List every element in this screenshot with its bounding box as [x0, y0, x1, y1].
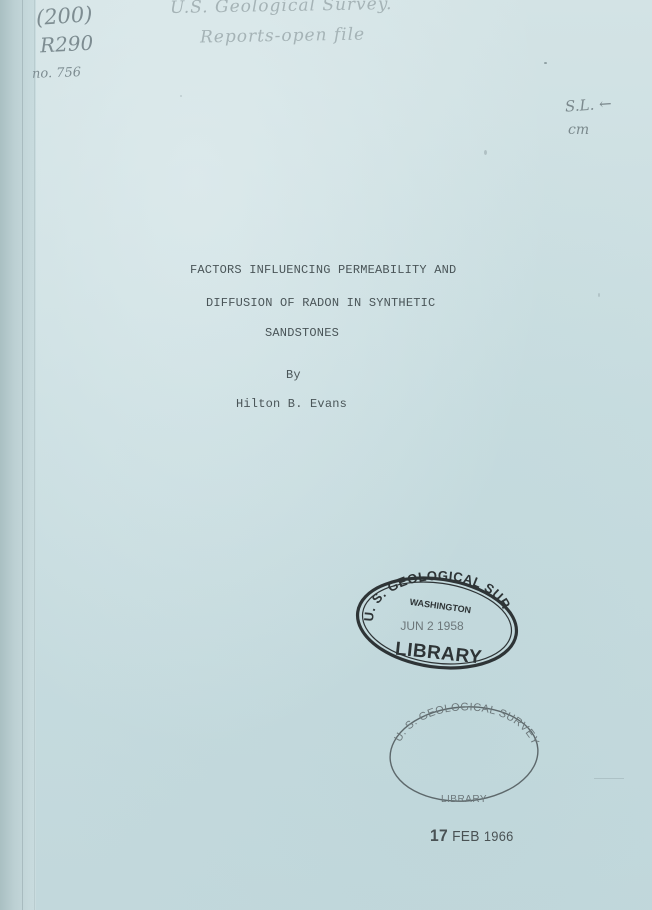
title-line-1: FACTORS INFLUENCING PERMEABILITY AND — [190, 263, 456, 277]
pencil-mark — [594, 778, 624, 779]
received-month: FEB — [452, 828, 480, 845]
handwritten-initials: S.L. ← — [564, 94, 612, 115]
received-year: 1966 — [484, 828, 514, 844]
spine-crease — [22, 0, 23, 910]
received-date-stamp: 17 FEB 1966 — [430, 826, 514, 846]
spine-crease-inner — [34, 0, 35, 910]
by-label: By — [286, 368, 301, 382]
handwritten-open-file-note: Reports-open file — [200, 25, 365, 48]
author-name: Hilton B. Evans — [236, 397, 347, 411]
stamp-city: WASHINGTON — [409, 597, 472, 616]
stamp-date: JUN 2 1958 — [400, 619, 464, 633]
stamp-oval-dark: U. S. GEOLOGICAL SURVEY WASHINGTON JUN 2… — [352, 573, 522, 673]
svg-text:U. S. GEOLOGICAL SURVEY: U. S. GEOLOGICAL SURVEY — [392, 701, 541, 747]
paper-speck — [484, 150, 487, 155]
document-cover-page: (200) R290 no. 756 U.S. Geological Surve… — [0, 0, 652, 910]
binding-spine — [0, 0, 36, 910]
stamp-library-label: LIBRARY — [441, 794, 487, 805]
geological-survey-library-stamp: U. S. GEOLOGICAL SURVEY LIBRARY — [384, 698, 544, 818]
handwritten-report-number: no. 756 — [32, 65, 82, 82]
stamp-arc-text: U. S. GEOLOGICAL SURVEY — [392, 701, 541, 747]
received-day: 17 — [430, 826, 448, 845]
title-line-3: SANDSTONES — [265, 326, 339, 340]
paper-speck — [598, 293, 600, 297]
handwritten-agency-note: U.S. Geological Survey. — [170, 0, 393, 18]
stamp-oval-light: U. S. GEOLOGICAL SURVEY LIBRARY — [384, 698, 544, 818]
paper-speck — [180, 95, 182, 97]
handwritten-mark: cm — [568, 122, 589, 138]
title-line-2: DIFFUSION OF RADON IN SYNTHETIC — [206, 296, 435, 310]
handwritten-call-number: (200) — [35, 2, 93, 30]
stamp-library-label: LIBRARY — [394, 639, 483, 669]
handwritten-series-code: R290 — [39, 31, 93, 58]
paper-speck — [544, 62, 547, 64]
washington-library-stamp: U. S. GEOLOGICAL SURVEY WASHINGTON JUN 2… — [352, 573, 522, 673]
